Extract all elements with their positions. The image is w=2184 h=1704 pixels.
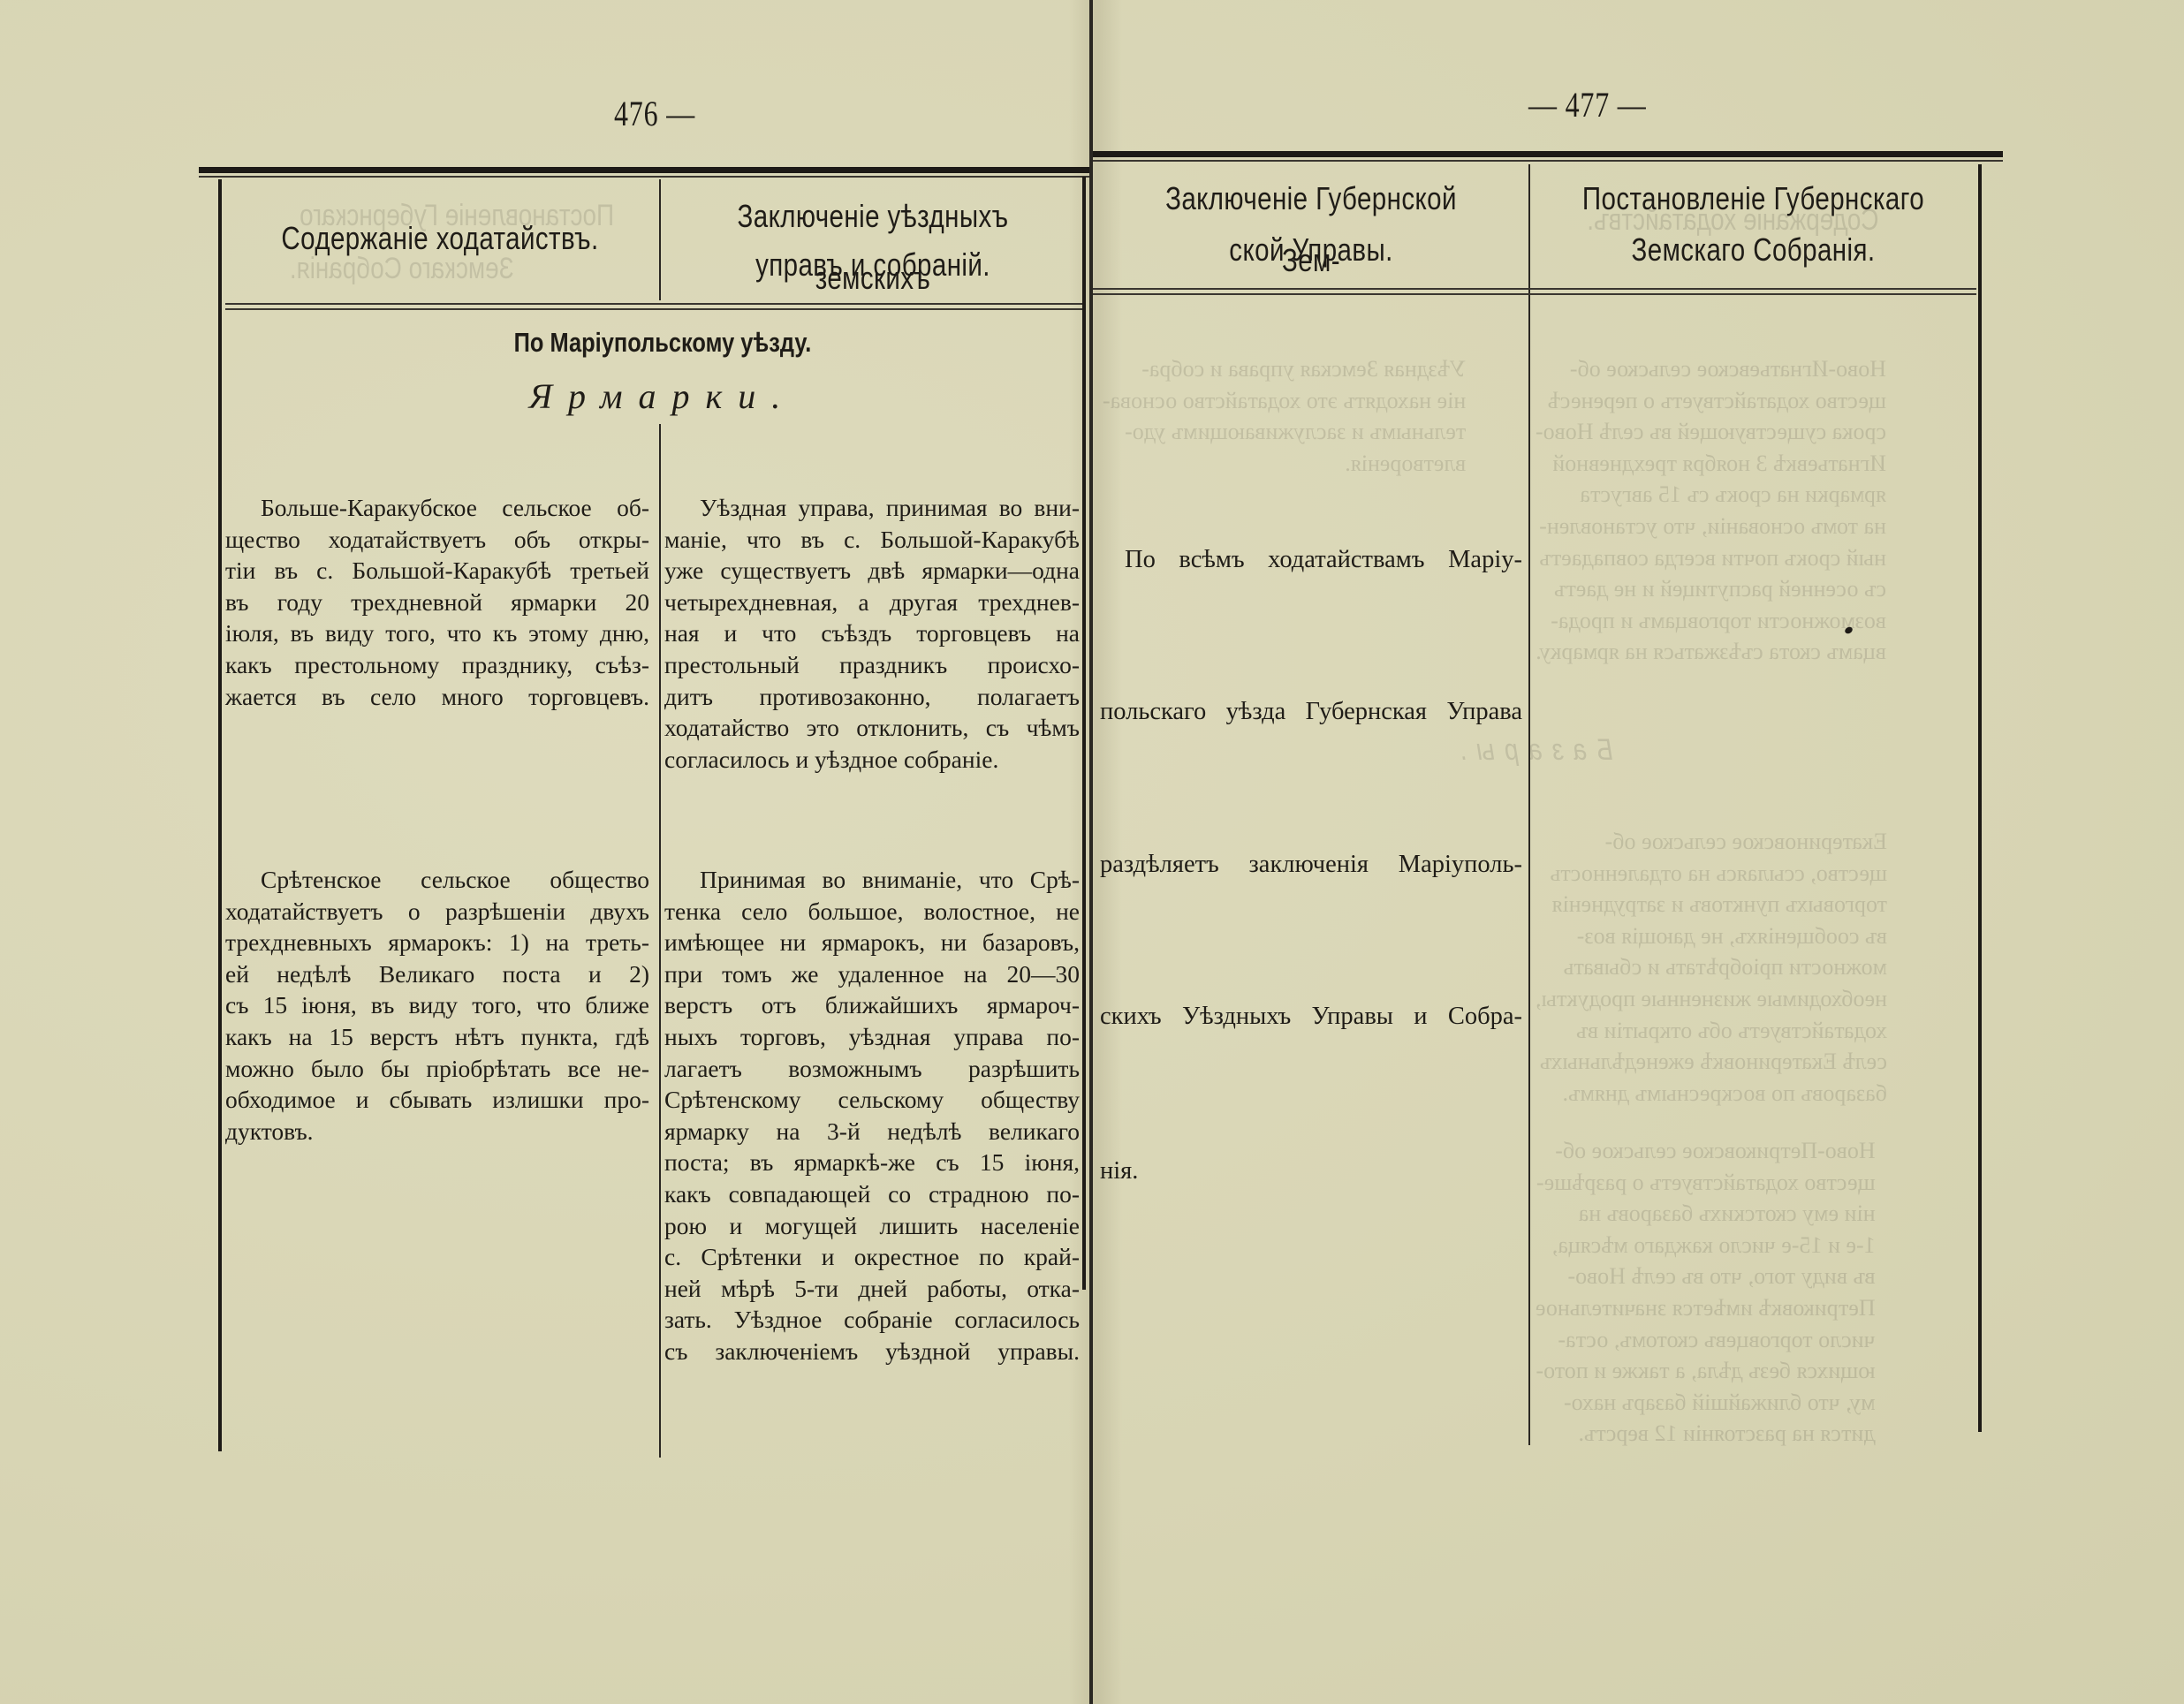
provincial-verdict-line: раздѣляетъ заключенія Маріуполь- — [1100, 851, 1522, 879]
petition-entry-2: Срѣтенское сельское общество ходатайству… — [225, 864, 649, 1147]
show-through-text: Екатериновское сельское об- щество, ссыл… — [1536, 826, 1887, 1109]
table-right-border — [1082, 177, 1086, 1290]
text-line: поста; въ ярмаркѣ-же съ 15 іюня, — [664, 1147, 1080, 1178]
text-line: въ году трехдневной ярмарки 20 — [225, 587, 649, 618]
column-header-district-conclusion-line2: управъ и собраній. — [699, 234, 1047, 296]
show-through-text: Ново-Петриковское сельское об- щество хо… — [1536, 1135, 1876, 1450]
header-bottom-rule-2 — [225, 308, 1082, 310]
text-line: какъ престольному празднику, съѣз- — [225, 649, 649, 681]
text-line: Принимая во вниманіе, что Срѣ- — [664, 864, 1080, 896]
header-column-divider — [659, 179, 661, 300]
text-line: зать. Уѣздное собраніе согласилось — [664, 1304, 1080, 1336]
show-through-category: Базары. — [1449, 733, 1612, 768]
page-number-left: 476 — — [614, 93, 695, 134]
book-gutter — [1089, 0, 1093, 1704]
column-divider — [659, 424, 661, 1458]
text-line: маніе, что въ с. Большой-Каракубѣ — [664, 524, 1080, 556]
text-line: Больше-Каракубское сельское об- — [225, 492, 649, 524]
text-line: Уѣздная управа, принимая во вни- — [664, 492, 1080, 524]
text-line: обходимое и сбывать излишки про- — [225, 1084, 649, 1116]
text-line: при томъ же удаленное на 20—30 — [664, 958, 1080, 990]
text-line: съ 15 іюня, въ виду того, что ближе — [225, 989, 649, 1021]
header-bottom-rule — [225, 303, 1082, 305]
text-line: ходатайствуетъ о разрѣшеніи двухъ — [225, 896, 649, 928]
text-line: трехдневныхъ ярмарокъ: 1) на треть- — [225, 927, 649, 958]
column-header-petition: Содержаніе ходатайствъ. — [261, 208, 620, 269]
text-line: съ заключеніемъ уѣздной управы. — [664, 1336, 1080, 1367]
text-line: ярмарку на 3-й недѣлѣ великаго — [664, 1116, 1080, 1147]
text-line: какъ на 15 верстъ нѣтъ пункта, гдѣ — [225, 1021, 649, 1053]
column-header-assembly-resolution-line2: Земскаго Собранія. — [1570, 219, 1936, 281]
text-line: Срѣтенское сельское общество — [225, 864, 649, 896]
text-line: тіи въ с. Большой-Каракубѣ третьей — [225, 555, 649, 587]
header-bottom-rule — [1093, 288, 1976, 290]
text-line: щество ходатайствуетъ объ откры- — [225, 524, 649, 556]
text-line: рою и могущей лишить населеніе — [664, 1210, 1080, 1242]
provincial-verdict-line: польскаго уѣзда Губернская Управа — [1100, 698, 1522, 726]
text-line: дитъ противозаконно, полагаетъ — [664, 681, 1080, 713]
table-left-border — [218, 179, 222, 1451]
text-line: іюля, въ виду того, что къ этому дню, — [225, 617, 649, 649]
text-line: уже существуетъ двѣ ярмарки—одна — [664, 555, 1080, 587]
text-line: с. Срѣтенки и окрестное по край- — [664, 1241, 1080, 1273]
text-line: какъ совпадающей со страдною по- — [664, 1178, 1080, 1210]
text-line: ная и что съѣздъ торговцевъ на — [664, 617, 1080, 649]
text-line: можно было бы пріобрѣтать все не- — [225, 1053, 649, 1085]
text-line: четырехдневная, а другая трехднев- — [664, 587, 1080, 618]
district-conclusion-1: Уѣздная управа, принимая во вни- маніе, … — [664, 492, 1080, 775]
table-right-border — [1978, 164, 1982, 1432]
text-line: престольный праздникъ происхо- — [664, 649, 1080, 681]
table-top-rule — [199, 167, 1089, 173]
text-line: согласилось и уѣздное собраніе. — [664, 744, 1080, 776]
text-line: лагаетъ возможнымъ разрѣшить — [664, 1053, 1080, 1085]
district-heading: По Маріупольскому уѣзду. — [300, 327, 1025, 359]
show-through-text: Уѣздная Земская управа и собра- ніе нахо… — [1103, 353, 1466, 479]
provincial-verdict-line: По всѣмъ ходатайствамъ Маріу- — [1100, 546, 1522, 574]
text-line: имѣющее ни ярмарокъ, ни базаровъ, — [664, 927, 1080, 958]
header-bottom-rule-2 — [1093, 293, 1976, 295]
text-line: ныхъ торговъ, уѣздная управа по- — [664, 1021, 1080, 1053]
table-top-rule-thin — [1093, 160, 2003, 162]
page-number-right: — 477 — — [1528, 84, 1647, 125]
petition-entry-1: Больше-Каракубское сельское об- щество х… — [225, 492, 649, 712]
category-heading: Ярмарки. — [221, 375, 1104, 417]
show-through-text: Ново-Игнатьевское сельское об- щество хо… — [1536, 353, 1886, 668]
provincial-verdict-line: нія. — [1100, 1157, 1522, 1185]
text-line: ей недѣлѣ Великаго поста и 2) — [225, 958, 649, 990]
text-line: жается въ село много торговцевъ. — [225, 681, 649, 713]
text-line: верстъ отъ ближайшихъ ярмароч- — [664, 989, 1080, 1021]
column-divider — [1528, 164, 1530, 1445]
provincial-verdict-line: скихъ Уѣздныхъ Управы и Собра- — [1100, 1003, 1522, 1031]
book-spread: Постановленіе Губернскаго Земскаго Собра… — [0, 0, 2184, 1704]
text-line: дуктовъ. — [225, 1116, 649, 1147]
text-line: ходатайство это отклонить, съ чѣмъ — [664, 712, 1080, 744]
table-top-rule-thin — [199, 176, 1089, 178]
text-line: ней мѣрѣ 5-ти дней работы, отка- — [664, 1273, 1080, 1305]
table-top-rule — [1093, 151, 2003, 157]
text-line: тенка село большое, волостное, не — [664, 896, 1080, 928]
district-conclusion-2: Принимая во вниманіе, что Срѣ- тенка сел… — [664, 864, 1080, 1367]
text-line: Срѣтенскому сельскому обществу — [664, 1084, 1080, 1116]
column-header-provincial-conclusion-line2: ской Управы. — [1134, 219, 1488, 281]
